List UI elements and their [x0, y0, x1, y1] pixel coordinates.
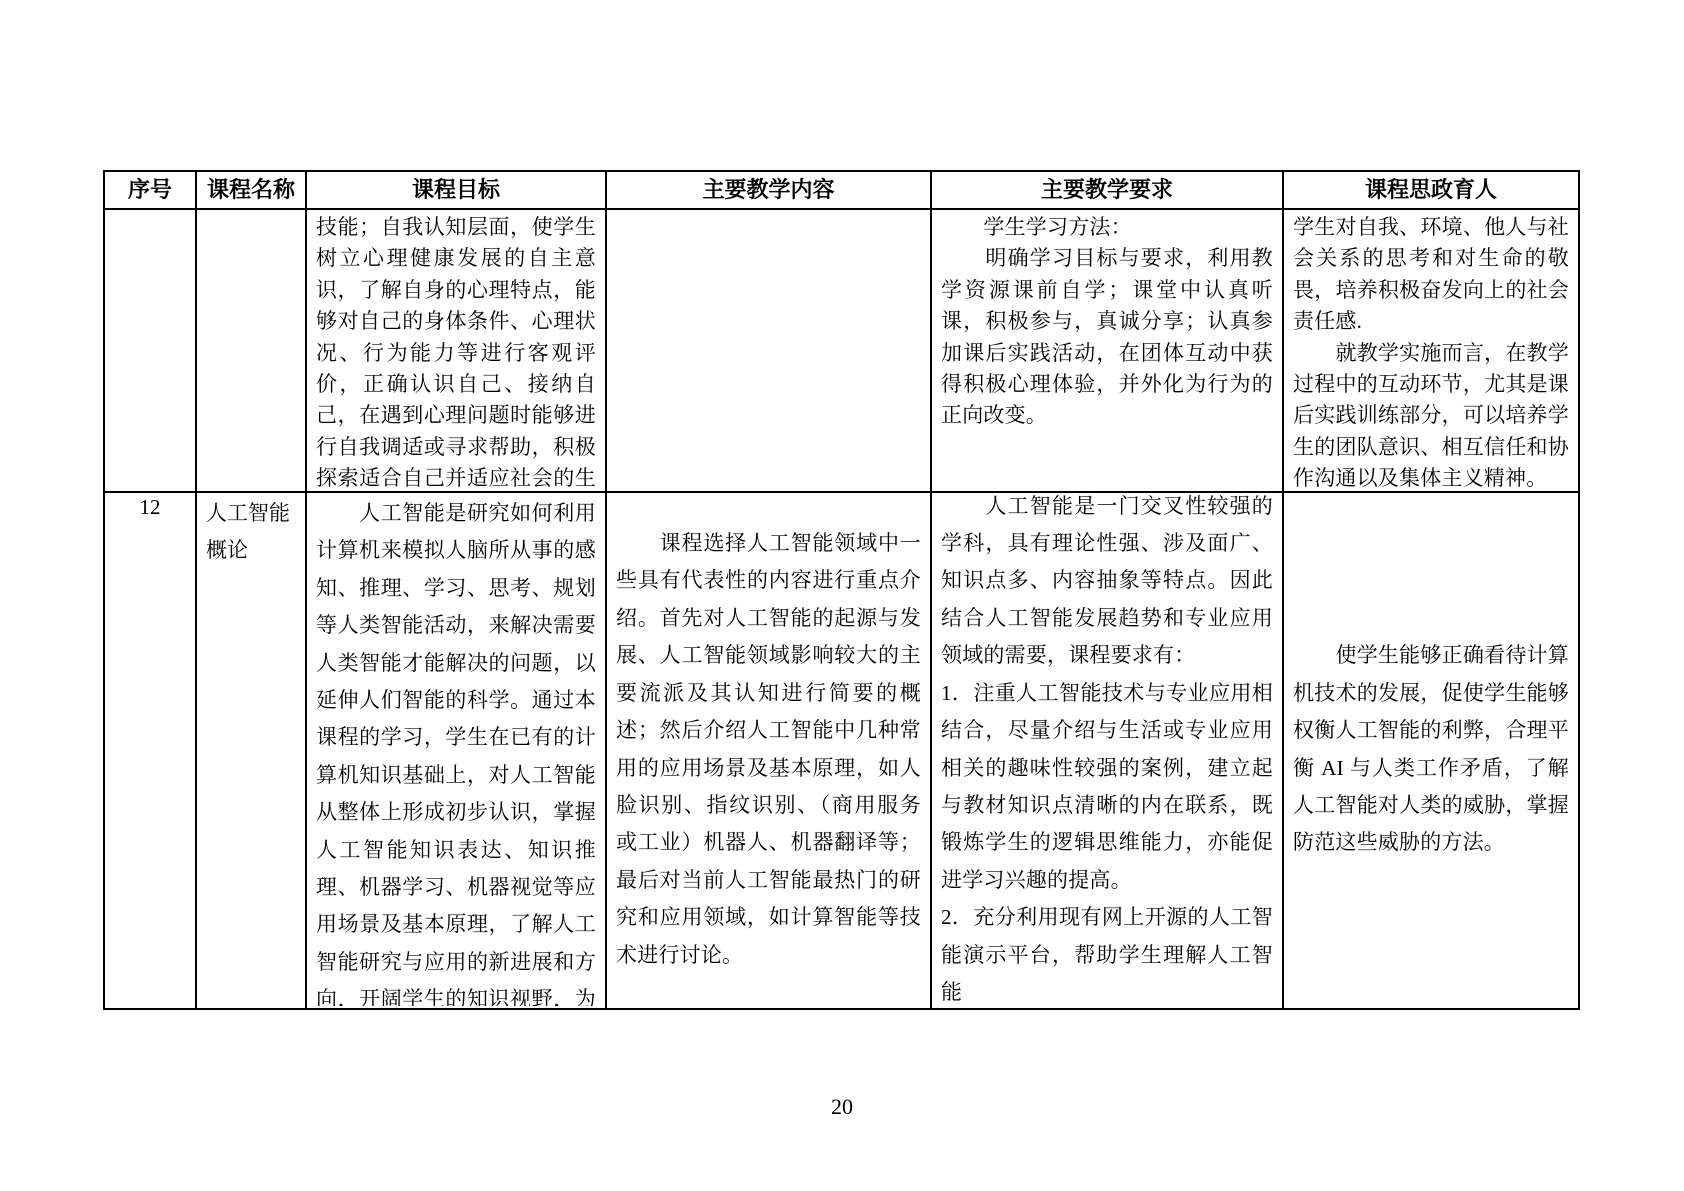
- cell-seq: 12: [104, 492, 196, 1009]
- objectives-text: 人工智能是研究如何利用计算机来模拟人脑所从事的感知、推理、学习、思考、规划等人类…: [316, 495, 596, 1006]
- header-ideology: 课程思政育人: [1283, 171, 1579, 209]
- teaching-requirements-text: 学生学习方法： 明确学习目标与要求，利用教学资源课前自学；课堂中认真听课，积极参…: [941, 212, 1273, 432]
- table-header-row: 序号 课程名称 课程目标 主要教学内容 主要教学要求 课程思政育人: [104, 171, 1579, 209]
- ideology-text: 使学生能够正确看待计算机技术的发展，促使学生能够权衡人工智能的利弊，合理平衡 A…: [1293, 637, 1569, 861]
- table-row-12: 12 人工智能概论 人工智能是研究如何利用计算机来模拟人脑所从事的感知、推理、学…: [104, 492, 1579, 1009]
- cell-course-name: 人工智能概论: [196, 492, 306, 1009]
- page-number: 20: [0, 1094, 1684, 1120]
- teaching-requirements-text: 人工智能是一门交叉性较强的学科，具有理论性强、涉及面广、知识点多、内容抽象等特点…: [941, 493, 1273, 1006]
- table-row-continuation: 技能；自我认知层面，使学生树立心理健康发展的自主意识，了解自身的心理特点，能够对…: [104, 209, 1579, 492]
- header-teaching-content: 主要教学内容: [606, 171, 931, 209]
- cell-teaching-content: 课程选择人工智能领域中一些具有代表性的内容进行重点介绍。首先对人工智能的起源与发…: [606, 492, 931, 1009]
- header-objectives: 课程目标: [306, 171, 606, 209]
- header-teaching-requirements: 主要教学要求: [931, 171, 1283, 209]
- cell-teaching-requirements: 学生学习方法： 明确学习目标与要求，利用教学资源课前自学；课堂中认真听课，积极参…: [931, 209, 1283, 492]
- cell-teaching-requirements: 人工智能是一门交叉性较强的学科，具有理论性强、涉及面广、知识点多、内容抽象等特点…: [931, 492, 1283, 1009]
- cell-objectives: 技能；自我认知层面，使学生树立心理健康发展的自主意识，了解自身的心理特点，能够对…: [306, 209, 606, 492]
- cell-objectives: 人工智能是研究如何利用计算机来模拟人脑所从事的感知、推理、学习、思考、规划等人类…: [306, 492, 606, 1009]
- cell-ideology: 使学生能够正确看待计算机技术的发展，促使学生能够权衡人工智能的利弊，合理平衡 A…: [1283, 492, 1579, 1009]
- header-course-name: 课程名称: [196, 171, 306, 209]
- cell-course-name: [196, 209, 306, 492]
- document-page: 序号 课程名称 课程目标 主要教学内容 主要教学要求 课程思政育人 技能；自我认…: [0, 0, 1684, 1191]
- ideology-text: 学生对自我、环境、他人与社会关系的思考和对生命的敬畏，培养积极奋发向上的社会责任…: [1293, 212, 1569, 489]
- cell-seq: [104, 209, 196, 492]
- cell-ideology: 学生对自我、环境、他人与社会关系的思考和对生命的敬畏，培养积极奋发向上的社会责任…: [1283, 209, 1579, 492]
- teaching-content-text: 课程选择人工智能领域中一些具有代表性的内容进行重点介绍。首先对人工智能的起源与发…: [616, 525, 921, 974]
- cell-teaching-content: [606, 209, 931, 492]
- header-seq: 序号: [104, 171, 196, 209]
- course-table: 序号 课程名称 课程目标 主要教学内容 主要教学要求 课程思政育人 技能；自我认…: [103, 170, 1580, 1010]
- objectives-text: 技能；自我认知层面，使学生树立心理健康发展的自主意识，了解自身的心理特点，能够对…: [316, 212, 596, 489]
